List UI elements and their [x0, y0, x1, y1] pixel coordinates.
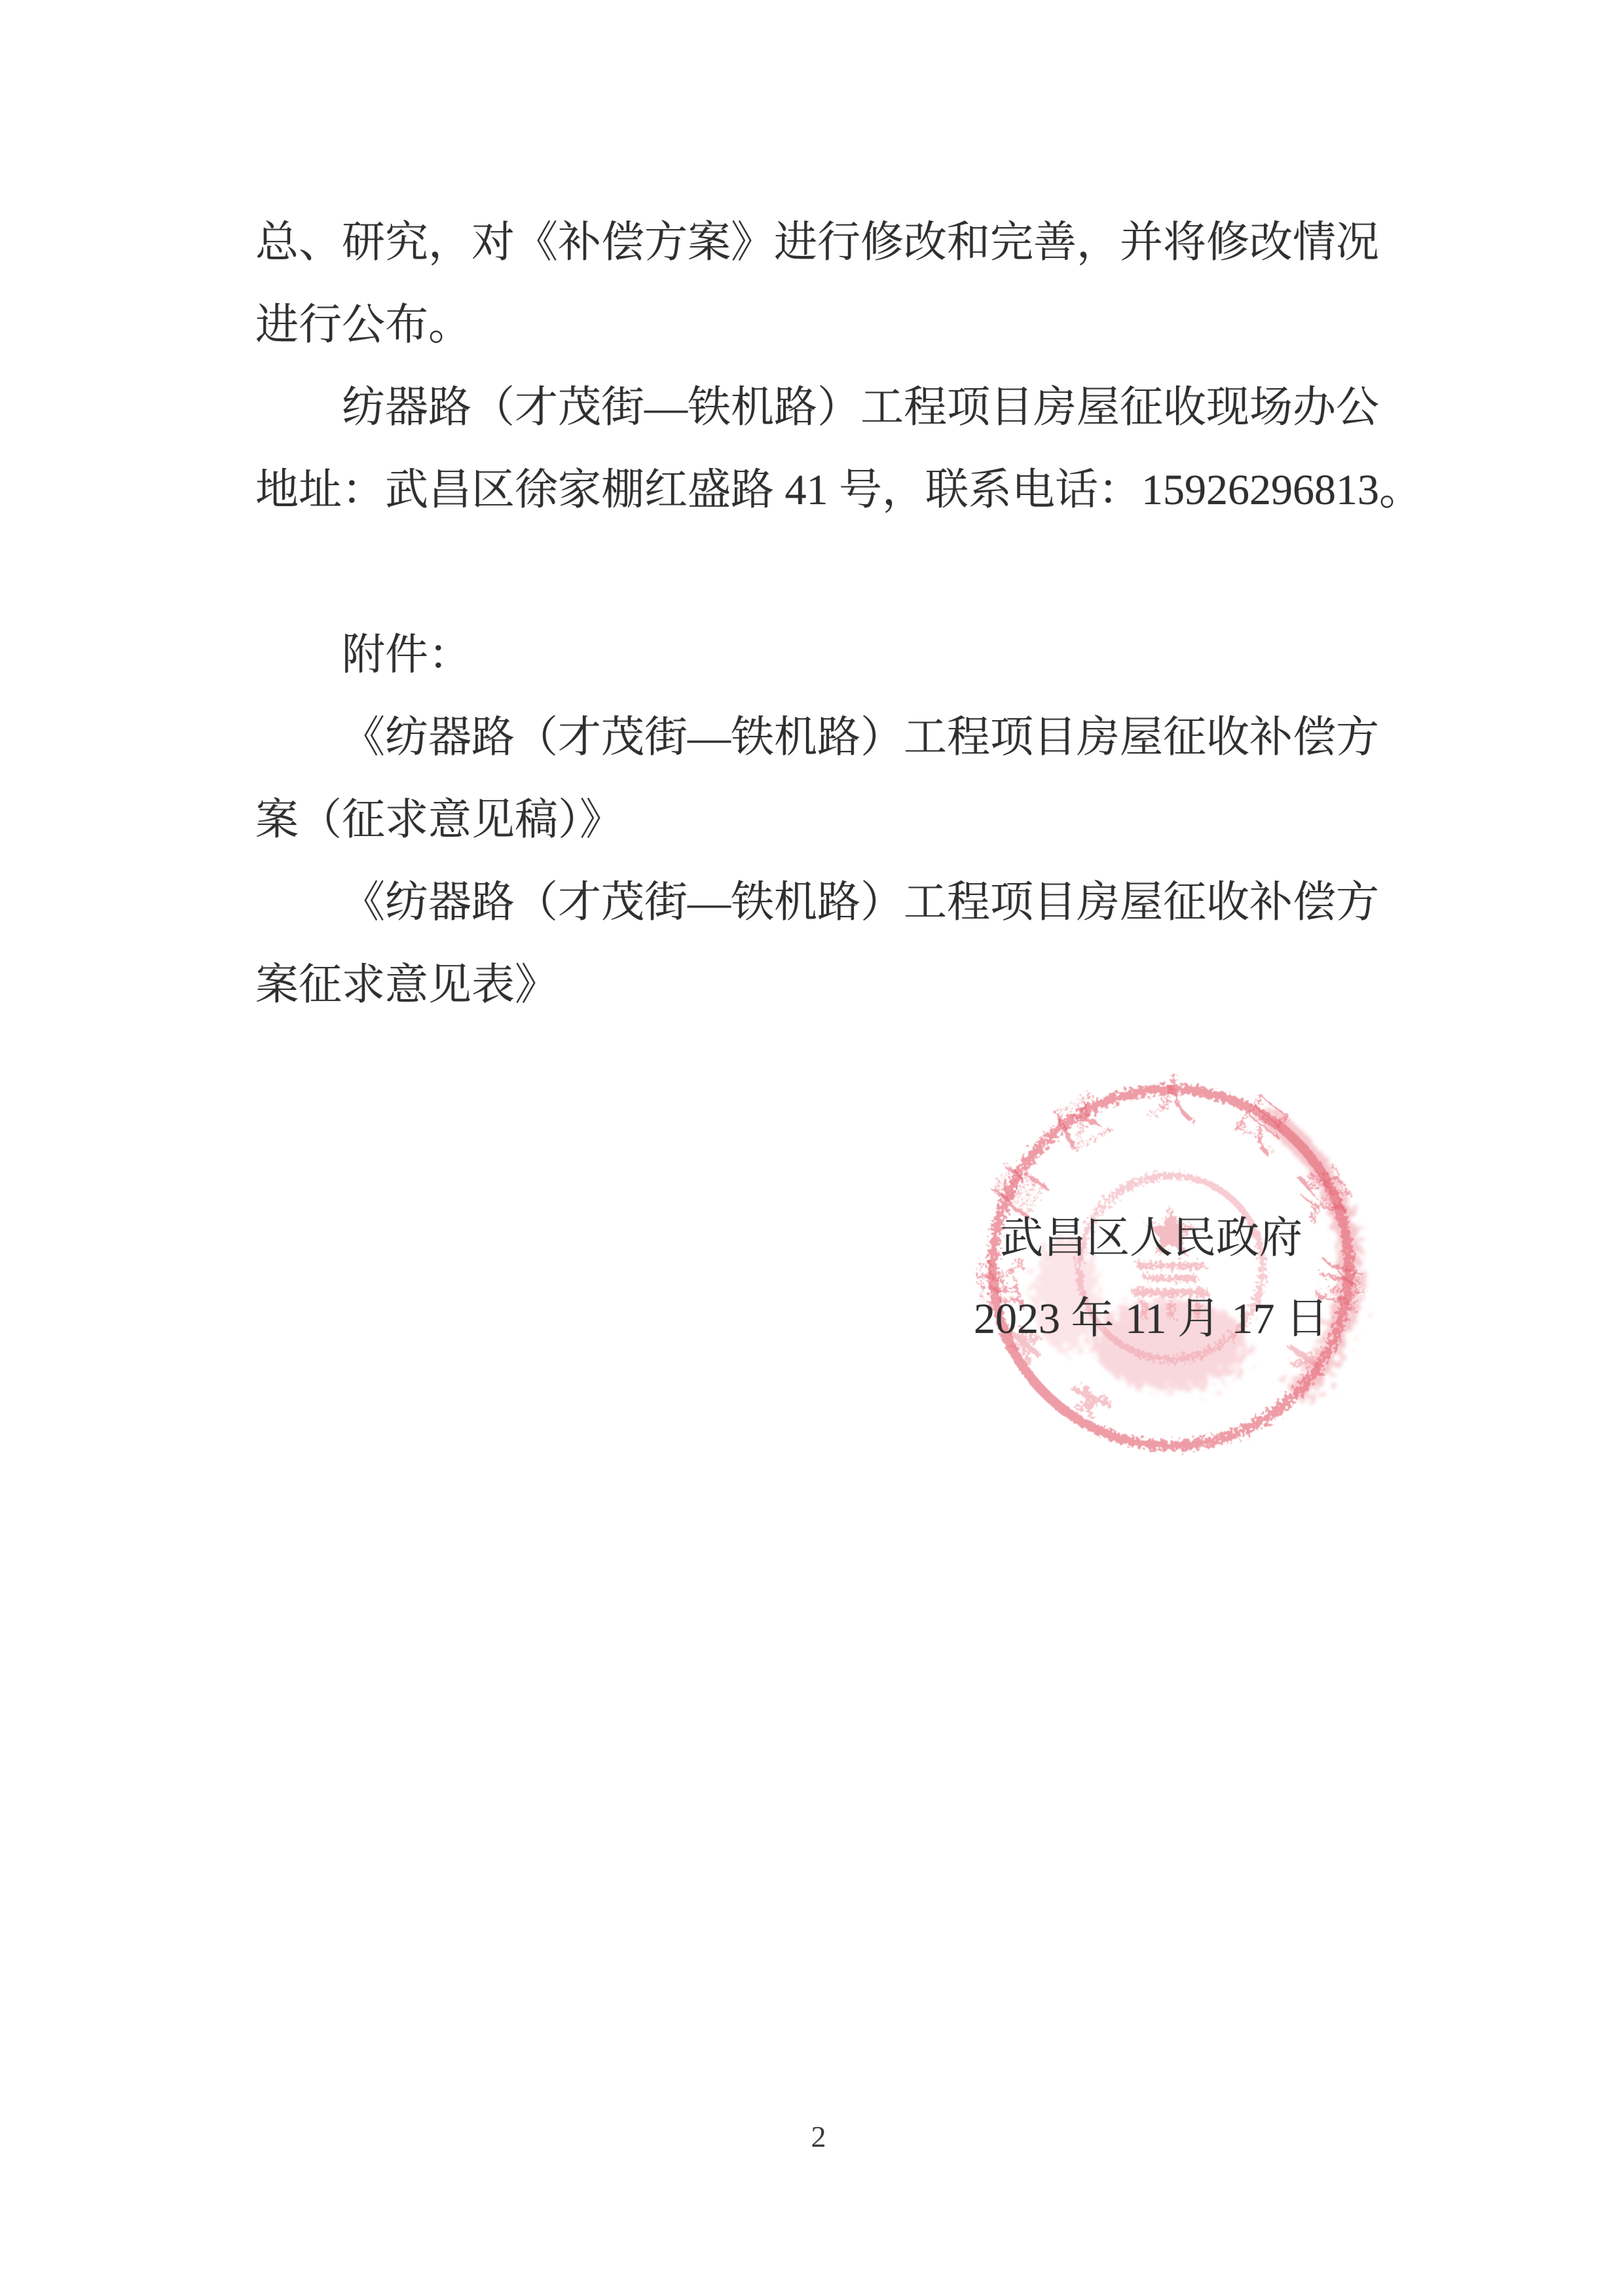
body-line-3: 纺器路（才茂街—铁机路）工程项目房屋征收现场办公	[255, 367, 1408, 449]
attachment-item-2-line-2: 案征求意见表》	[255, 944, 1408, 1027]
body-text-block: 总、研究，对《补偿方案》进行修改和完善，并将修改情况 进行公布。 纺器路（才茂街…	[255, 202, 1408, 1027]
body-line-4: 地址：武昌区徐家棚红盛路 41 号，联系电话：15926296813。	[255, 449, 1408, 532]
attachment-item-1-line-1: 《纺器路（才茂街—铁机路）工程项目房屋征收补偿方	[255, 697, 1408, 779]
official-seal: 武昌区人民政府	[942, 1038, 1400, 1497]
attachment-item-1-line-2: 案（征求意见稿）》	[255, 779, 1408, 862]
body-line-blank	[255, 532, 1408, 614]
document-page: 武昌区人民政府 总、研究，对《补偿方案》进行修改和完善，并将修改情况 进行公布。	[0, 0, 1624, 2296]
attachment-label: 附件：	[255, 614, 1408, 697]
signature-authority: 武昌区人民政府	[840, 1203, 1462, 1265]
body-line-1: 总、研究，对《补偿方案》进行修改和完善，并将修改情况	[255, 202, 1408, 284]
page-number: 2	[7, 2119, 1624, 2154]
body-line-2: 进行公布。	[255, 284, 1408, 367]
attachment-item-2-line-1: 《纺器路（才茂街—铁机路）工程项目房屋征收补偿方	[255, 862, 1408, 944]
signature-date: 2023 年 11 月 17 日	[840, 1283, 1462, 1345]
